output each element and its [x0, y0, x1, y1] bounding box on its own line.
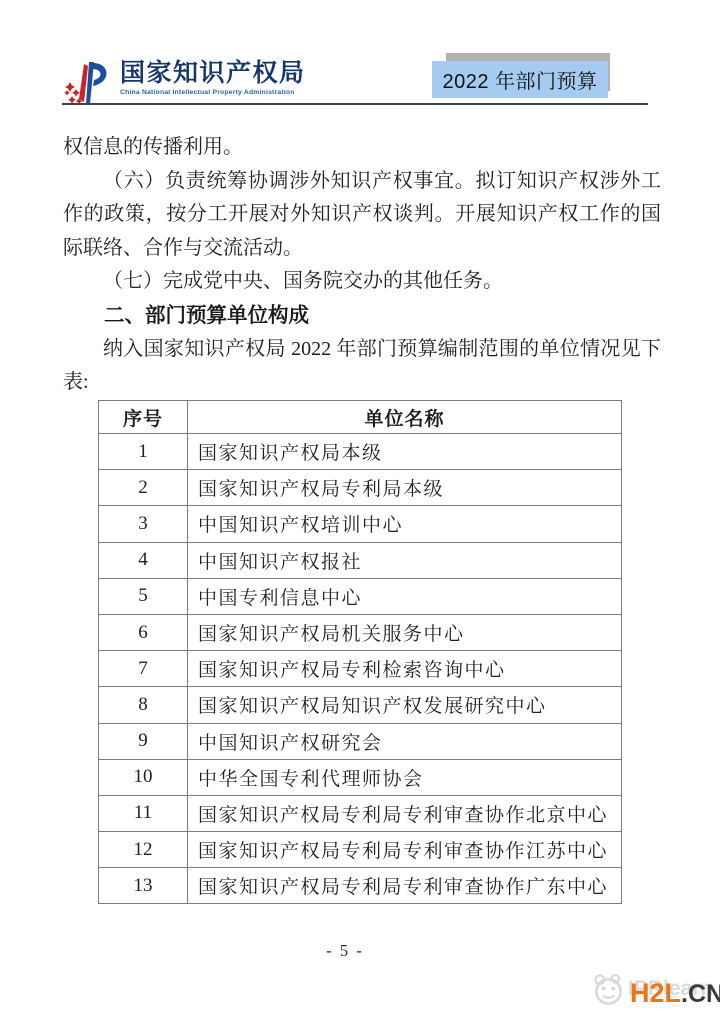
unit-name-cell: 国家知识产权局专利局专利审查协作江苏中心 — [188, 832, 622, 868]
units-table-body: 1国家知识产权局本级2国家知识产权局专利局本级3中国知识产权培训中心4中国知识产… — [99, 434, 622, 904]
unit-name-cell: 国家知识产权局机关服务中心 — [188, 614, 622, 650]
paragraph-duty-seven: （七）完成党中央、国务院交办的其他任务。 — [63, 265, 661, 299]
col-header-unit-name: 单位名称 — [188, 401, 622, 434]
unit-name-cell: 中国知识产权报社 — [188, 542, 622, 578]
table-row: 10中华全国专利代理师协会 — [99, 759, 622, 795]
row-index-cell: 1 — [99, 434, 188, 470]
table-row: 8国家知识产权局知识产权发展研究中心 — [99, 687, 622, 723]
watermark-suffix: .CN — [681, 980, 720, 1008]
table-row: 1国家知识产权局本级 — [99, 434, 622, 470]
document-body: 权信息的传播利用。 （六）负责统筹协调涉外知识产权事宜。拟订知识产权涉外工作的政… — [63, 131, 661, 400]
unit-name-cell: 中国专利信息中心 — [188, 578, 622, 614]
row-index-cell: 4 — [99, 542, 188, 578]
row-index-cell: 7 — [99, 651, 188, 687]
document-page: 国家知识产权局 China National Intellectual Prop… — [0, 0, 720, 1018]
table-row: 6国家知识产权局机关服务中心 — [99, 614, 622, 650]
row-index-cell: 3 — [99, 506, 188, 542]
watermark-brand: H2L — [630, 978, 681, 1008]
budget-units-table: 序号 单位名称 1国家知识产权局本级2国家知识产权局专利局本级3中国知识产权培训… — [98, 400, 622, 904]
col-header-index: 序号 — [99, 401, 188, 434]
paragraph-duty-six: （六）负责统筹协调涉外知识产权事宜。拟订知识产权涉外工作的政策，按分工开展对外知… — [63, 165, 661, 266]
watermark-brand-text: H2L.CN — [630, 978, 720, 1009]
row-index-cell: 13 — [99, 868, 188, 904]
section-heading: 二、部门预算单位构成 — [63, 299, 661, 333]
watermark-face-icon — [592, 973, 625, 1006]
row-index-cell: 2 — [99, 470, 188, 506]
row-index-cell: 10 — [99, 759, 188, 795]
table-row: 2国家知识产权局专利局本级 — [99, 470, 622, 506]
budget-year-badge: 2022 年部门预算 — [432, 61, 608, 98]
unit-name-cell: 国家知识产权局专利检索咨询中心 — [188, 651, 622, 687]
page-number: - 5 - — [0, 941, 690, 961]
header-divider — [62, 103, 648, 105]
table-row: 13国家知识产权局专利局专利审查协作广东中心 — [99, 868, 622, 904]
unit-name-cell: 国家知识产权局专利局本级 — [188, 470, 622, 506]
row-index-cell: 12 — [99, 832, 188, 868]
agency-name-zh: 国家知识产权局 — [120, 58, 306, 88]
table-row: 3中国知识产权培训中心 — [99, 506, 622, 542]
unit-name-cell: 中国知识产权培训中心 — [188, 506, 622, 542]
row-index-cell: 6 — [99, 614, 188, 650]
row-index-cell: 8 — [99, 687, 188, 723]
unit-name-cell: 中华全国专利代理师协会 — [188, 759, 622, 795]
agency-logo-text: 国家知识产权局 China National Intellectual Prop… — [120, 58, 306, 96]
paragraph-continuation: 权信息的传播利用。 — [63, 131, 661, 165]
unit-name-cell: 国家知识产权局专利局专利审查协作广东中心 — [188, 868, 622, 904]
agency-logo: 国家知识产权局 China National Intellectual Prop… — [64, 56, 306, 108]
table-row: 5中国专利信息中心 — [99, 578, 622, 614]
table-row: 7国家知识产权局专利检索咨询中心 — [99, 651, 622, 687]
table-row: 4中国知识产权报社 — [99, 542, 622, 578]
paragraph-table-intro: 纳入国家知识产权局 2022 年部门预算编制范围的单位情况见下表: — [63, 333, 661, 400]
table-row: 9中国知识产权研究会 — [99, 723, 622, 759]
row-index-cell: 5 — [99, 578, 188, 614]
agency-name-en: China National Intellectual Property Adm… — [120, 89, 306, 96]
row-index-cell: 9 — [99, 723, 188, 759]
unit-name-cell: 国家知识产权局本级 — [188, 434, 622, 470]
table-row: 12国家知识产权局专利局专利审查协作江苏中心 — [99, 832, 622, 868]
unit-name-cell: 中国知识产权研究会 — [188, 723, 622, 759]
unit-name-cell: 国家知识产权局知识产权发展研究中心 — [188, 687, 622, 723]
unit-name-cell: 国家知识产权局专利局专利审查协作北京中心 — [188, 795, 622, 831]
row-index-cell: 11 — [99, 795, 188, 831]
agency-logo-icon — [64, 58, 118, 108]
table-row: 11国家知识产权局专利局专利审查协作北京中心 — [99, 795, 622, 831]
watermark: IPRlearn H2L.CN — [590, 970, 720, 1012]
table-header-row: 序号 单位名称 — [99, 401, 622, 434]
